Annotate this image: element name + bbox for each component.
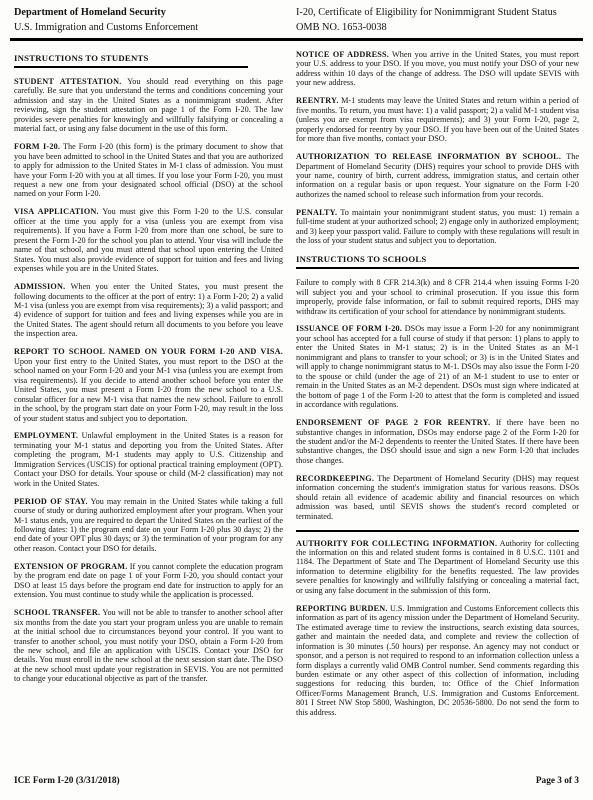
section-title: EXTENSION OF PROGRAM. [14,562,127,571]
section-body: Upon your first entry to the United Stat… [14,357,283,423]
students-heading-rule [14,66,248,68]
section-title: RECORDKEEPING. [296,474,374,483]
agency-block: Department of Homeland Security U.S. Imm… [14,6,284,35]
section-body: You will not be able to transfer to anot… [14,608,283,683]
section-body: U.S. Immigration and Customs Enforcement… [296,604,579,717]
form-section: ISSUANCE OF FORM I-20. DSOs may issue a … [296,324,579,409]
form-section: NOTICE OF ADDRESS. When you arrive in th… [296,50,579,88]
form-section: REPORT TO SCHOOL NAMED ON YOUR FORM I-20… [14,347,283,423]
form-section: ENDORSEMENT OF PAGE 2 FOR REENTRY. If th… [296,418,579,465]
schools-heading: INSTRUCTIONS TO SCHOOLS [296,254,579,264]
section-title: ENDORSEMENT OF PAGE 2 FOR REENTRY. [296,418,490,427]
section-title: REPORTING BURDEN. [296,604,388,613]
section-title: PENALTY. [296,208,337,217]
section-body: To maintain your nonimmigrant student st… [296,208,579,245]
form-section: PENALTY. To maintain your nonimmigrant s… [296,208,579,246]
page-footer: ICE Form I-20 (3/31/2018) Page 3 of 3 [14,776,579,786]
section-title: STUDENT ATTESTATION. [14,77,121,86]
students-heading: INSTRUCTIONS TO STUDENTS [14,53,283,63]
form-section: REENTRY. M-1 students may leave the Unit… [296,96,579,143]
form-section: RECORDKEEPING. The Department of Homelan… [296,474,579,521]
schools-sections: Failure to comply with 8 CFR 214.3(k) an… [296,278,579,521]
section-title: ADMISSION. [14,282,65,291]
section-title: SCHOOL TRANSFER. [14,608,100,617]
authority-sections: AUTHORITY FOR COLLECTING INFORMATION. Au… [296,539,579,718]
section-title: FORM I-20. [14,142,60,151]
section-title: AUTHORITY FOR COLLECTING INFORMATION. [296,539,497,548]
students-sections-continued: NOTICE OF ADDRESS. When you arrive in th… [296,50,579,246]
section-body: You must give this Form I-20 to the U.S.… [14,207,283,273]
section-title: REPORT TO SCHOOL NAMED ON YOUR FORM I-20… [14,347,283,356]
footer-page-number: Page 3 of 3 [536,776,579,786]
section-title: EMPLOYMENT. [14,431,78,440]
footer-form-id: ICE Form I-20 (3/31/2018) [14,776,120,786]
section-title: ISSUANCE OF FORM I-20. [296,324,402,333]
form-title-block: I-20, Certificate of Eligibility for Non… [296,6,579,35]
section-title: AUTHORIZATION TO RELEASE INFORMATION BY … [296,152,561,161]
form-section: EXTENSION OF PROGRAM. If you cannot comp… [14,562,283,600]
form-section: SCHOOL TRANSFER. You will not be able to… [14,608,283,684]
section-body: M-1 students may leave the United States… [296,96,579,143]
form-section: PERIOD OF STAY. You may remain in the Un… [14,497,283,554]
form-section: EMPLOYMENT. Unlawful employment in the U… [14,431,283,488]
omb-number: OMB NO. 1653-0038 [296,21,579,36]
section-title: REENTRY. [296,96,339,105]
form-section: REPORTING BURDEN. U.S. Immigration and C… [296,604,579,717]
form-section: VISA APPLICATION. You must give this For… [14,207,283,273]
agency-name: Department of Homeland Security [14,6,284,21]
authority-divider-rule [296,530,579,532]
form-section: Failure to comply with 8 CFR 214.3(k) an… [296,278,579,316]
section-title: NOTICE OF ADDRESS. [296,50,389,59]
form-section: STUDENT ATTESTATION. You should read eve… [14,77,283,134]
page-header: Department of Homeland Security U.S. Imm… [14,6,579,35]
schools-heading-rule [296,267,579,269]
form-section: AUTHORITY FOR COLLECTING INFORMATION. Au… [296,539,579,596]
form-section: FORM I-20. The Form I-20 (this form) is … [14,142,283,199]
section-body: Failure to comply with 8 CFR 214.3(k) an… [296,278,579,315]
form-section: ADMISSION. When you enter the United Sta… [14,282,283,339]
form-section: AUTHORIZATION TO RELEASE INFORMATION BY … [296,152,579,199]
document-body: INSTRUCTIONS TO STUDENTS STUDENT ATTESTA… [14,50,579,726]
form-title: I-20, Certificate of Eligibility for Non… [296,6,579,21]
section-title: PERIOD OF STAY. [14,497,88,506]
students-sections: STUDENT ATTESTATION. You should read eve… [14,77,283,684]
header-rule [10,38,583,41]
form-page: Department of Homeland Security U.S. Imm… [0,0,593,800]
section-body: DSOs may issue a Form I-20 for any nonim… [296,324,579,409]
section-title: VISA APPLICATION. [14,207,99,216]
right-column: NOTICE OF ADDRESS. When you arrive in th… [296,50,579,726]
agency-subtitle: U.S. Immigration and Customs Enforcement [14,21,284,36]
left-column: INSTRUCTIONS TO STUDENTS STUDENT ATTESTA… [14,50,283,726]
